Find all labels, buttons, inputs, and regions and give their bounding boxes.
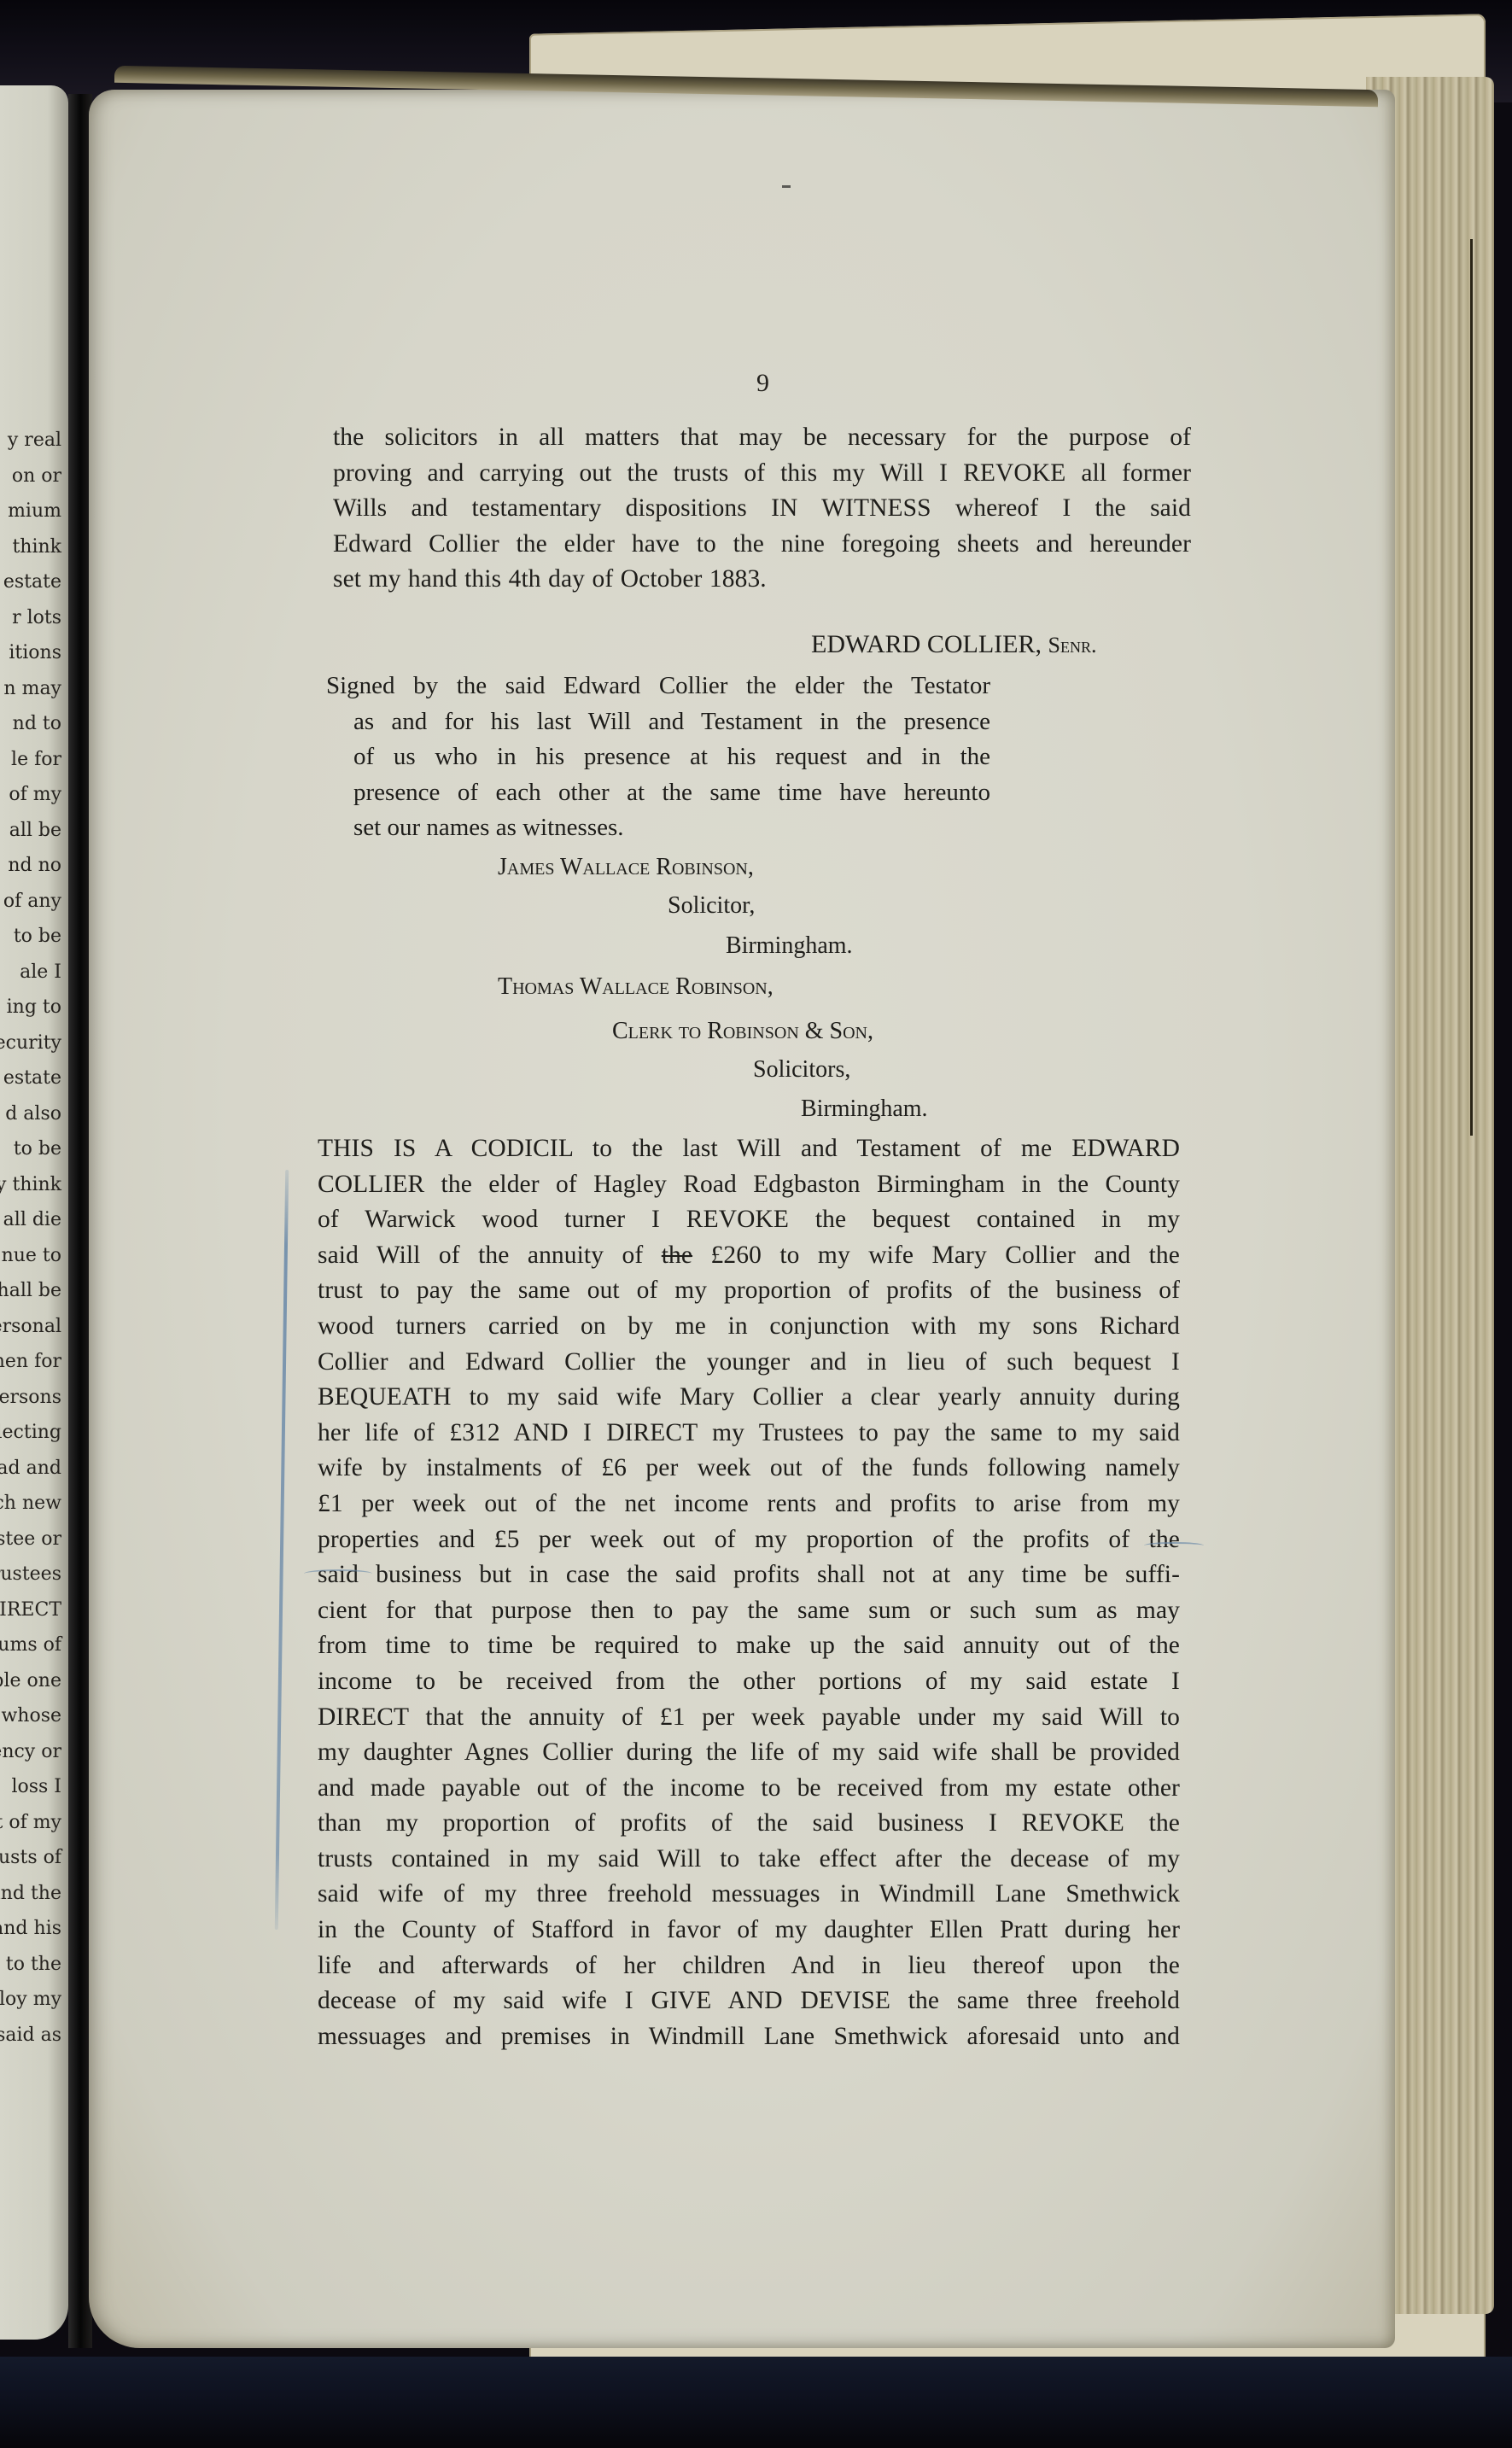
codicil-line: trust to pay the same out of my proporti… bbox=[318, 1273, 1180, 1309]
blue-pencil-squiggle bbox=[304, 1569, 372, 1578]
codicil-line: in the County of Stafford in favor of my… bbox=[318, 1913, 1180, 1948]
witness-2-role-text: Clerk to Robinson & Son, bbox=[612, 1018, 873, 1044]
witness-1-name: James Wallace Robinson, bbox=[498, 854, 754, 881]
page-text: 9 the solicitors in all matters that may… bbox=[0, 0, 1512, 2448]
codicil-line-annuity: said Will of the annuity of the £260 to … bbox=[318, 1238, 1180, 1274]
codicil-line: and made payable out of the income to be… bbox=[318, 1771, 1180, 1807]
witness-2-place: Birmingham. bbox=[801, 1095, 928, 1123]
will-conclusion: the solicitors in all matters that may b… bbox=[333, 420, 1191, 598]
witness-2-role: Clerk to Robinson & Son, bbox=[612, 1018, 873, 1045]
attestation-line: of us who in his presence at his request… bbox=[353, 739, 990, 775]
codicil-line: messuages and premises in Windmill Lane … bbox=[318, 2019, 1180, 2055]
codicil-line: said business but in case the said profi… bbox=[318, 1557, 1180, 1593]
testator-name: EDWARD COLLIER, bbox=[811, 630, 1042, 658]
attestation-line: as and for his last Will and Testament i… bbox=[353, 704, 990, 740]
codicil-line: my daughter Agnes Collier during the lif… bbox=[318, 1735, 1180, 1771]
codicil-line: properties and £5 per week out of my pro… bbox=[318, 1522, 1180, 1558]
witness-1-place: Birmingham. bbox=[726, 932, 853, 960]
codicil-line: trusts contained in my said Will to take… bbox=[318, 1842, 1180, 1878]
blue-pencil-margin-mark bbox=[275, 1170, 289, 1930]
codicil: THIS IS A CODICIL to the last Will and T… bbox=[318, 1131, 1180, 2054]
will-line: the solicitors in all matters that may b… bbox=[333, 420, 1191, 456]
codicil-line: said wife of my three freehold messuages… bbox=[318, 1877, 1180, 1913]
codicil-line: of Warwick wood turner I REVOKE the bequ… bbox=[318, 1202, 1180, 1238]
codicil-line: her life of £312 AND I DIRECT my Trustee… bbox=[318, 1416, 1180, 1452]
codicil-line: DIRECT that the annuity of £1 per week p… bbox=[318, 1700, 1180, 1736]
codicil-line: from time to time be required to make up… bbox=[318, 1628, 1180, 1664]
codicil-line: BEQUEATH to my said wife Mary Collier a … bbox=[318, 1380, 1180, 1416]
witness-2-role2: Solicitors, bbox=[753, 1056, 850, 1084]
testator-signature: EDWARD COLLIER, Senr. bbox=[811, 630, 1096, 659]
testator-suffix: Senr. bbox=[1048, 633, 1096, 657]
codicil-line: COLLIER the elder of Hagley Road Edgbast… bbox=[318, 1167, 1180, 1203]
blue-pencil-squiggle bbox=[1144, 1542, 1204, 1549]
struck-word: the bbox=[662, 1242, 692, 1269]
page-number: 9 bbox=[756, 369, 769, 398]
codicil-line: wife by instalments of £6 per week out o… bbox=[318, 1451, 1180, 1487]
witness-1-role: Solicitor, bbox=[668, 892, 755, 920]
witness-2-name: Thomas Wallace Robinson, bbox=[498, 973, 774, 1001]
codicil-line: decease of my said wife I GIVE AND DEVIS… bbox=[318, 1984, 1180, 2019]
attestation-line: Signed by the said Edward Collier the el… bbox=[326, 669, 990, 704]
codicil-line: income to be received from the other por… bbox=[318, 1664, 1180, 1700]
codicil-line: wood turners carried on by me in conjunc… bbox=[318, 1309, 1180, 1345]
codicil-line: Collier and Edward Collier the younger a… bbox=[318, 1345, 1180, 1381]
will-line: Edward Collier the elder have to the nin… bbox=[333, 527, 1191, 563]
will-line: Wills and testamentary dispositions IN W… bbox=[333, 491, 1191, 527]
will-line: proving and carrying out the trusts of t… bbox=[333, 456, 1191, 492]
codicil-line: cient for that purpose then to pay the s… bbox=[318, 1593, 1180, 1629]
attestation-line: set our names as witnesses. bbox=[353, 810, 990, 846]
codicil-line-rest: £260 to my wife Mary Collier and the bbox=[711, 1242, 1180, 1269]
codicil-line: life and afterwards of her children And … bbox=[318, 1948, 1180, 1984]
codicil-line: than my proportion of profits of the sai… bbox=[318, 1806, 1180, 1842]
attestation-line: presence of each other at the same time … bbox=[353, 775, 990, 811]
will-line: set my hand this 4th day of October 1883… bbox=[333, 562, 1191, 598]
codicil-line-start: said Will of the annuity of bbox=[318, 1242, 643, 1269]
codicil-line: £1 per week out of the net income rents … bbox=[318, 1487, 1180, 1522]
codicil-line: THIS IS A CODICIL to the last Will and T… bbox=[318, 1131, 1180, 1167]
attestation-clause: Signed by the said Edward Collier the el… bbox=[326, 669, 990, 846]
